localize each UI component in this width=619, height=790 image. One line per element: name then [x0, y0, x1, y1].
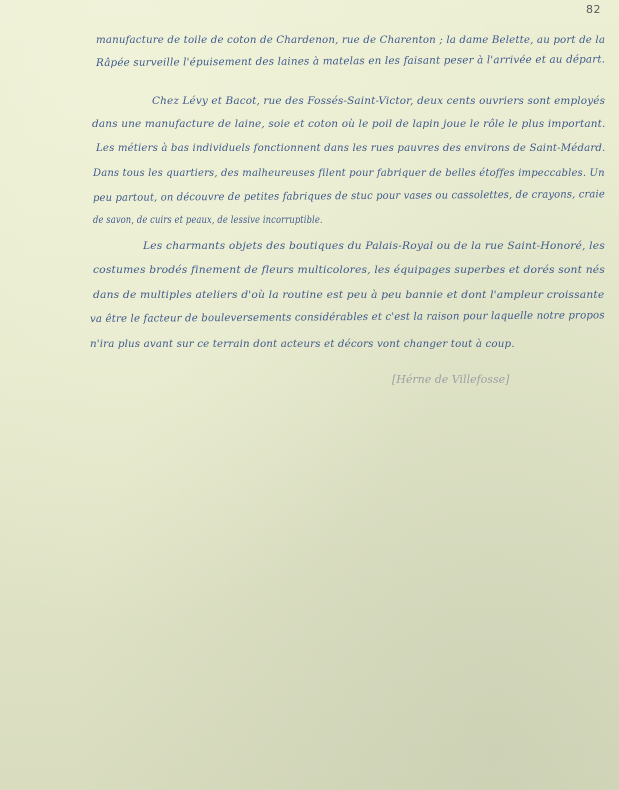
- author-signature: [Hérne de Villefosse]: [392, 373, 509, 386]
- text-line: dans une manufacture de laine, soie et c…: [92, 118, 605, 130]
- text-line: de savon, de cuirs et peaux, de lessive …: [93, 214, 323, 226]
- text-line: Les métiers à bas individuels fonctionne…: [96, 142, 605, 154]
- text-line: costumes brodés finement de fleurs multi…: [93, 264, 605, 276]
- text-line: manufacture de toile de coton de Charden…: [96, 34, 605, 46]
- text-line: n'ira plus avant sur ce terrain dont act…: [90, 338, 515, 350]
- page-number: 82: [586, 3, 601, 16]
- text-line: peu partout, on découvre de petites fabr…: [93, 188, 605, 204]
- text-line: Râpée surveille l'épuisement des laines …: [96, 53, 605, 69]
- text-line-paragraph-start: Chez Lévy et Bacot, rue des Fossés-Saint…: [152, 95, 605, 107]
- text-line: va être le facteur de bouleversements co…: [90, 309, 605, 325]
- text-line-paragraph-start: Les charmants objets des boutiques du Pa…: [143, 240, 605, 252]
- manuscript-page: 82 manufacture de toile de coton de Char…: [0, 0, 619, 790]
- text-line: dans de multiples ateliers d'où la routi…: [93, 289, 604, 301]
- text-line: Dans tous les quartiers, des malheureuse…: [93, 167, 605, 179]
